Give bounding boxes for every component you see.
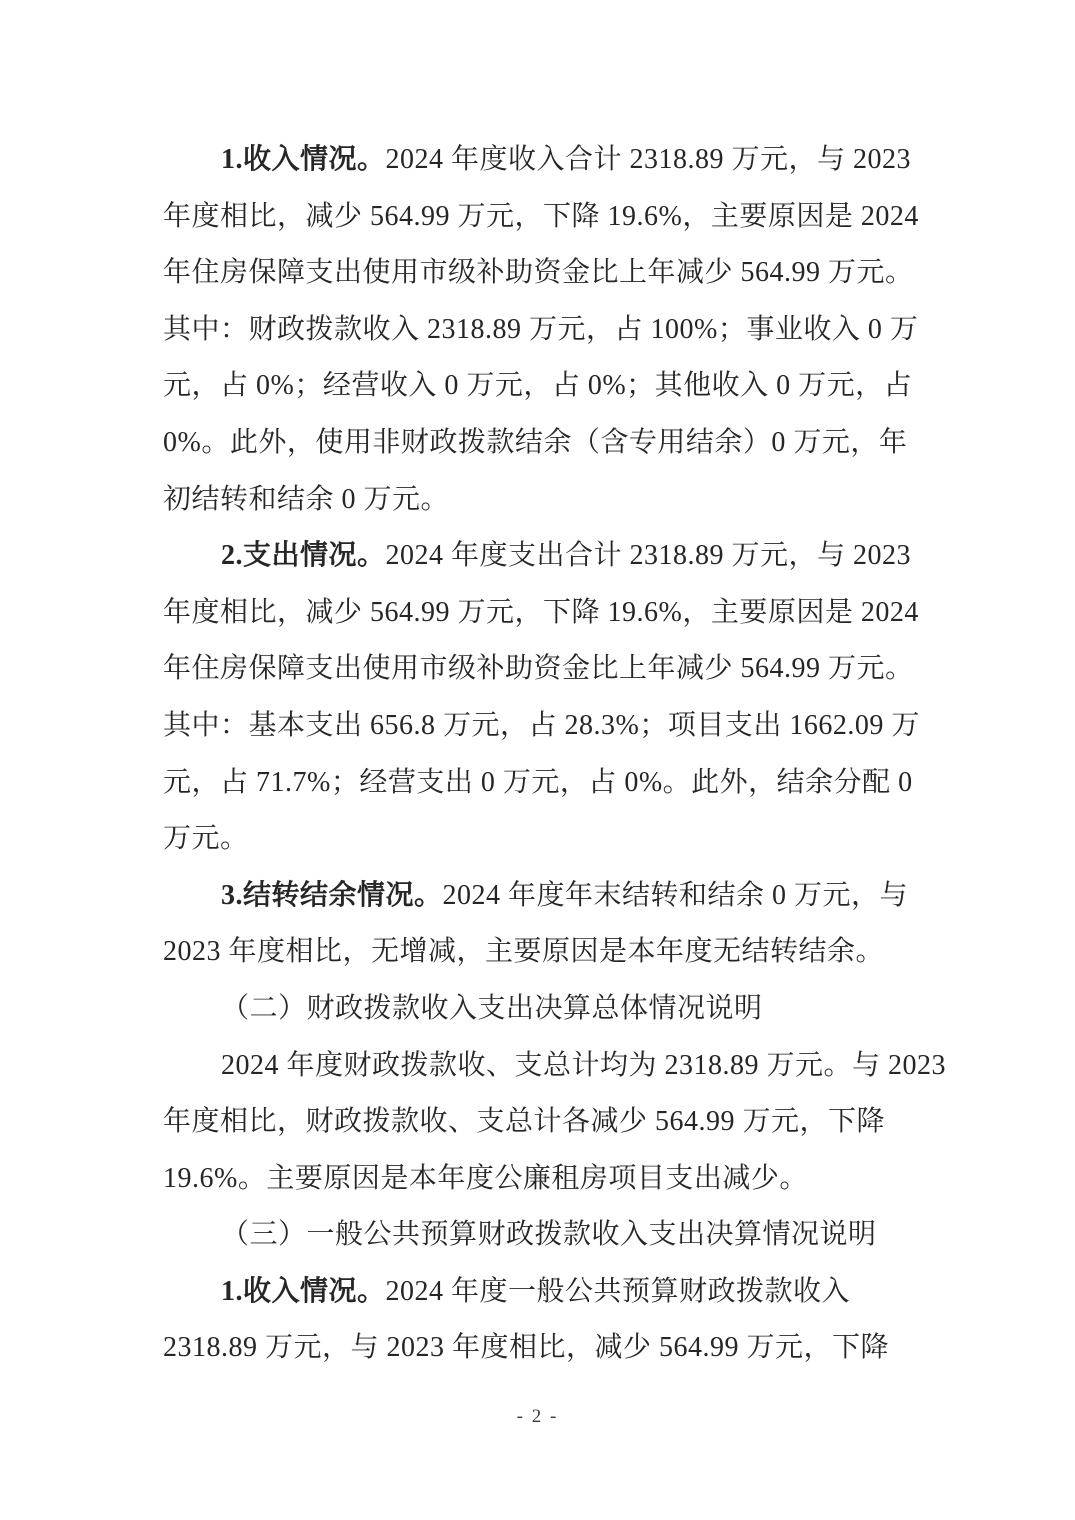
heading-run: 1.收入情况。 (221, 1276, 386, 1307)
text-line: （二）财政拨款收入支出决算总体情况说明 (163, 981, 919, 1038)
text-run: 初结转和结余 0 万元。 (163, 484, 449, 515)
text-line: 年住房保障支出使用市级补助资金比上年减少 564.99 万元。 (163, 641, 919, 698)
text-line: 年度相比，减少 564.99 万元，下降 19.6%，主要原因是 2024 (163, 189, 919, 246)
text-line: 年住房保障支出使用市级补助资金比上年减少 564.99 万元。 (163, 245, 919, 302)
text-line: 万元。 (163, 811, 919, 868)
text-line: 初结转和结余 0 万元。 (163, 472, 919, 529)
text-run: 19.6%。主要原因是本年度公廉租房项目支出减少。 (163, 1163, 808, 1194)
text-line: 2.支出情况。2024 年度支出合计 2318.89 万元，与 2023 (163, 528, 919, 585)
text-line: （三）一般公共预算财政拨款收入支出决算情况说明 (163, 1207, 919, 1264)
text-run: 2023 年度相比，无增减，主要原因是本年度无结转结余。 (163, 936, 884, 967)
text-run: 其中：基本支出 656.8 万元，占 28.3%；项目支出 1662.09 万 (163, 710, 920, 741)
text-line: 0%。此外，使用非财政拨款结余（含专用结余）0 万元，年 (163, 415, 919, 472)
text-run: 2024 年度收入合计 2318.89 万元，与 2023 (386, 144, 912, 175)
text-line: 2023 年度相比，无增减，主要原因是本年度无结转结余。 (163, 924, 919, 981)
text-run: 2024 年度支出合计 2318.89 万元，与 2023 (386, 540, 912, 571)
text-line: 1.收入情况。2024 年度收入合计 2318.89 万元，与 2023 (163, 132, 919, 189)
text-line: 1.收入情况。2024 年度一般公共预算财政拨款收入 (163, 1264, 919, 1321)
text-line: 元，占 0%；经营收入 0 万元，占 0%；其他收入 0 万元，占 (163, 358, 919, 415)
text-line: 元，占 71.7%；经营支出 0 万元，占 0%。此外，结余分配 0 (163, 755, 919, 812)
text-line: 其中：财政拨款收入 2318.89 万元，占 100%；事业收入 0 万 (163, 302, 919, 359)
text-run: 万元。 (163, 823, 249, 854)
text-line: 年度相比，财政拨款收、支总计各减少 564.99 万元，下降 (163, 1094, 919, 1151)
text-run: （二）财政拨款收入支出决算总体情况说明 (221, 993, 763, 1024)
heading-run: 1.收入情况。 (221, 144, 386, 175)
text-line: 2024 年度财政拨款收、支总计均为 2318.89 万元。与 2023 (163, 1038, 919, 1095)
text-run: 2024 年度一般公共预算财政拨款收入 (386, 1276, 851, 1307)
text-run: 0%。此外，使用非财政拨款结余（含专用结余）0 万元，年 (163, 427, 907, 458)
text-run: 2318.89 万元，与 2023 年度相比，减少 564.99 万元，下降 (163, 1332, 889, 1363)
text-run: 年住房保障支出使用市级补助资金比上年减少 564.99 万元。 (163, 653, 914, 684)
text-run: （三）一般公共预算财政拨款收入支出决算情况说明 (221, 1219, 877, 1250)
document-body: 1.收入情况。2024 年度收入合计 2318.89 万元，与 2023年度相比… (163, 132, 919, 1377)
document-page: 1.收入情况。2024 年度收入合计 2318.89 万元，与 2023年度相比… (0, 0, 1075, 1520)
text-run: 年度相比，减少 564.99 万元，下降 19.6%，主要原因是 2024 (163, 201, 919, 232)
text-line: 3.结转结余情况。2024 年度年末结转和结余 0 万元，与 (163, 868, 919, 925)
heading-run: 3.结转结余情况。 (221, 880, 443, 911)
text-run: 元，占 71.7%；经营支出 0 万元，占 0%。此外，结余分配 0 (163, 767, 913, 798)
text-line: 其中：基本支出 656.8 万元，占 28.3%；项目支出 1662.09 万 (163, 698, 919, 755)
text-run: 元，占 0%；经营收入 0 万元，占 0%；其他收入 0 万元，占 (163, 370, 912, 401)
text-run: 年度相比，减少 564.99 万元，下降 19.6%，主要原因是 2024 (163, 597, 919, 628)
heading-run: 2.支出情况。 (221, 540, 386, 571)
page-number: - 2 - (0, 1406, 1075, 1428)
text-run: 2024 年度财政拨款收、支总计均为 2318.89 万元。与 2023 (221, 1050, 946, 1081)
text-run: 年度相比，财政拨款收、支总计各减少 564.99 万元，下降 (163, 1106, 885, 1137)
text-run: 2024 年度年末结转和结余 0 万元，与 (443, 880, 909, 911)
text-run: 年住房保障支出使用市级补助资金比上年减少 564.99 万元。 (163, 257, 914, 288)
text-line: 年度相比，减少 564.99 万元，下降 19.6%，主要原因是 2024 (163, 585, 919, 642)
text-line: 2318.89 万元，与 2023 年度相比，减少 564.99 万元，下降 (163, 1320, 919, 1377)
text-line: 19.6%。主要原因是本年度公廉租房项目支出减少。 (163, 1151, 919, 1208)
text-run: 其中：财政拨款收入 2318.89 万元，占 100%；事业收入 0 万 (163, 314, 918, 345)
